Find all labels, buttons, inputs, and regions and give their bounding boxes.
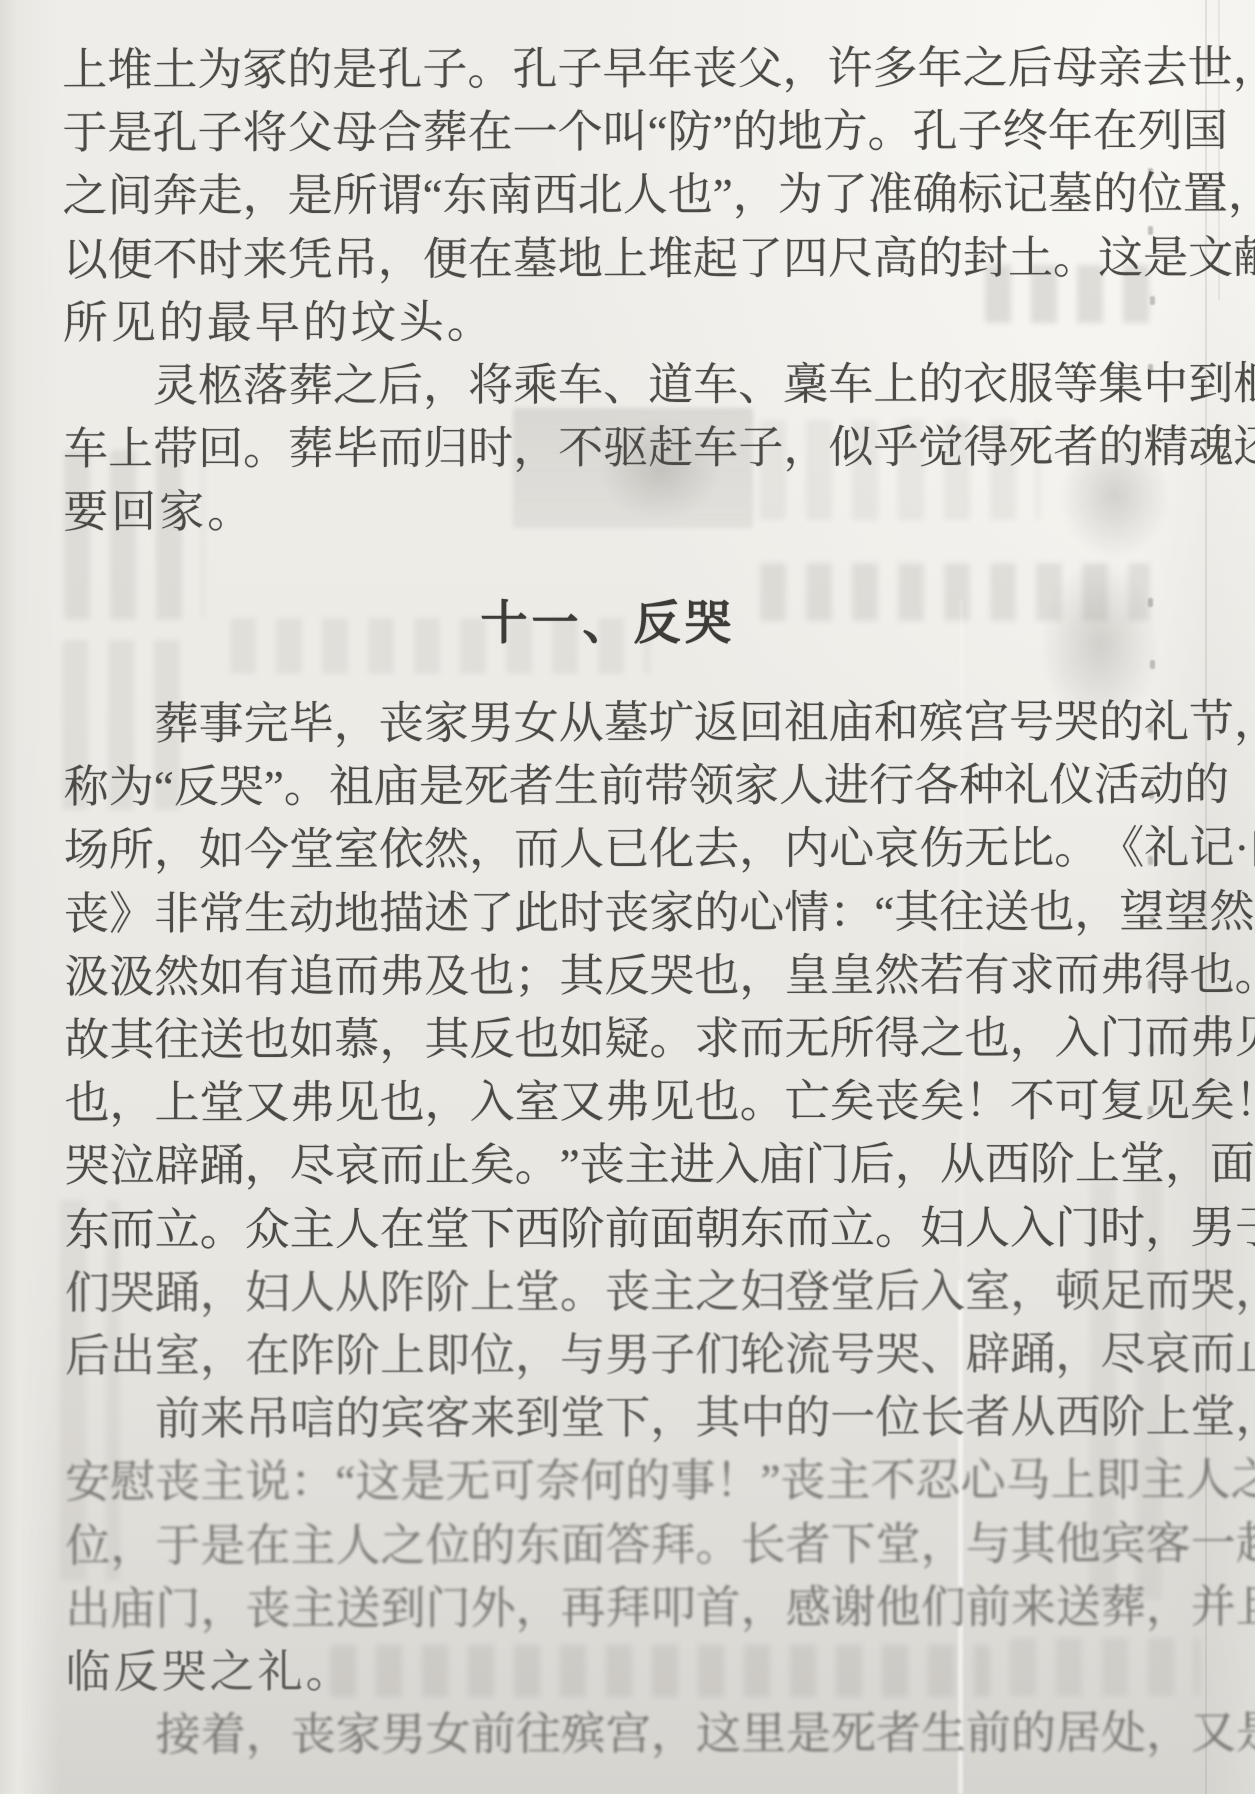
text-line: 后出室，在阼阶上即位，与男子们轮流号哭、辟踊，尽哀而止。 [65, 1323, 1153, 1388]
text-line: 称为“反哭”。祖庙是死者生前带领家人进行各种礼仪活动的 [64, 754, 1152, 819]
text-line: 汲汲然如有追而弗及也；其反哭也，皇皇然若有求而弗得也。 [64, 944, 1152, 1009]
text-line: 也，上堂又弗见也，入室又弗见也。亡矣丧矣！不可复见矣！故 [64, 1070, 1152, 1135]
text-line: 上堆土为冢的是孔子。孔子早年丧父，许多年之后母亲去世， [62, 37, 1150, 102]
text-line: 安慰丧主说：“这是无可奈何的事！”丧主不忍心马上即主人之 [65, 1449, 1153, 1514]
text-line: 葬事完毕，丧家男女从墓圹返回祖庙和殡宫号哭的礼节， [64, 691, 1152, 756]
text-line: 要回家。 [63, 479, 1151, 544]
text-line: 接着，丧家男女前往殡宫，这里是死者生前的居处，又是 [66, 1702, 1154, 1767]
text-line: 灵柩落葬之后，将乘车、道车、稾车上的衣服等集中到柩 [63, 353, 1151, 418]
text-line: 于是孔子将父母合葬在一个叫“防”的地方。孔子终年在列国 [62, 100, 1150, 165]
section-heading: 十一、反哭 [64, 586, 1152, 653]
text-line: 场所，如今堂室依然，而人已化去，内心哀伤无比。《礼记·问 [64, 817, 1152, 882]
text-line: 车上带回。葬毕而归时，不驱赶车子，似乎觉得死者的精魂还 [63, 416, 1151, 481]
text-block-lower: 葬事完毕，丧家男女从墓圹返回祖庙和殡宫号哭的礼节，称为“反哭”。祖庙是死者生前带… [64, 691, 1154, 1767]
book-scan-screenshot: { "document": { "section_heading": "十一、反… [0, 0, 1255, 1794]
text-line: 丧》非常生动地描述了此时丧家的心情：“其往送也，望望然、 [64, 880, 1152, 945]
text-line: 以便不时来凭吊，便在墓地上堆起了四尺高的封土。这是文献 [63, 226, 1151, 291]
text-line: 所见的最早的坟头。 [63, 290, 1151, 355]
text-line: 位，于是在主人之位的东面答拜。长者下堂，与其他宾客一起 [65, 1512, 1153, 1577]
text-line: 哭泣辟踊，尽哀而止矣。”丧主进入庙门后，从西阶上堂，面朝 [64, 1133, 1152, 1198]
page-text-column: 上堆土为冢的是孔子。孔子早年丧父，许多年之后母亲去世，于是孔子将父母合葬在一个叫… [62, 0, 1154, 1794]
text-line: 临反哭之礼。 [66, 1639, 1154, 1704]
text-line: 出庙门，丧主送到门外，再拜叩首，感谢他们前来送葬，并且亲 [65, 1575, 1153, 1640]
text-block-upper: 上堆土为冢的是孔子。孔子早年丧父，许多年之后母亲去世，于是孔子将父母合葬在一个叫… [62, 37, 1151, 545]
text-line: 故其往送也如慕，其反也如疑。求而无所得之也，入门而弗见 [64, 1007, 1152, 1072]
text-line: 们哭踊，妇人从阼阶上堂。丧主之妇登堂后入室，顿足而哭，然 [65, 1260, 1153, 1325]
text-line: 东而立。众主人在堂下西阶前面朝东而立。妇人入门时，男子 [65, 1196, 1153, 1261]
text-line: 前来吊唁的宾客来到堂下，其中的一位长者从西阶上堂， [65, 1386, 1153, 1451]
text-line: 之间奔走，是所谓“东南西北人也”，为了准确标记墓的位置， [62, 163, 1150, 228]
